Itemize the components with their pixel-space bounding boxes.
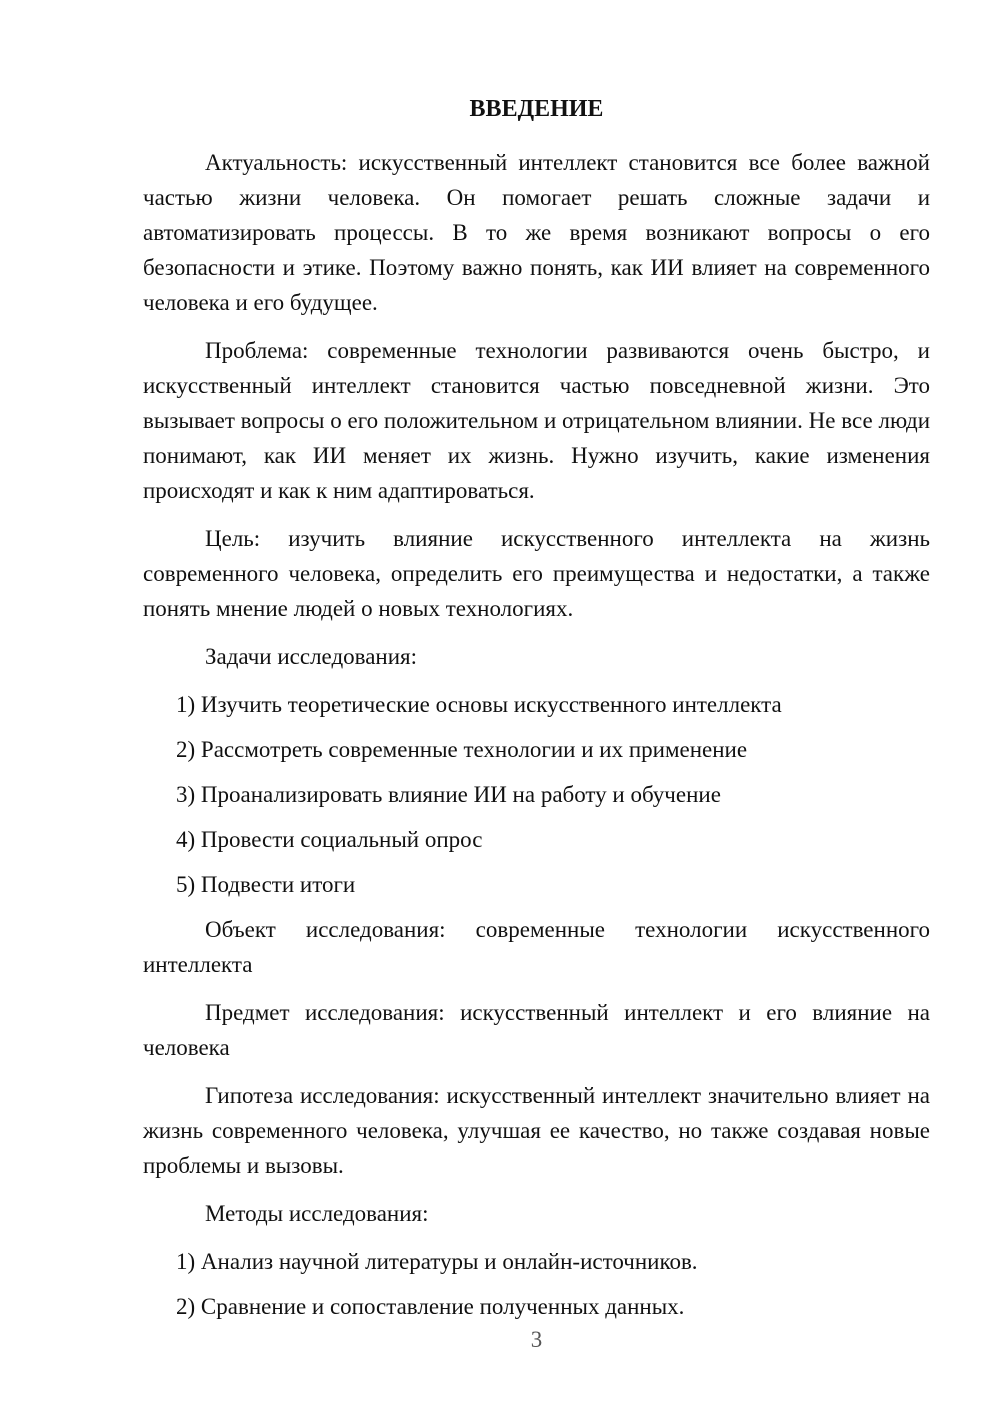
paragraph-object: Объект исследования: современные техноло…	[143, 912, 930, 982]
page-number: 3	[143, 1322, 930, 1357]
paragraph-problem: Проблема: современные технологии развива…	[143, 333, 930, 508]
document-page: ВВЕДЕНИЕ Актуальность: искусственный инт…	[0, 0, 1000, 1414]
page-title: ВВЕДЕНИЕ	[143, 92, 930, 127]
task-item-1: 1) Изучить теоретические основы искусств…	[143, 687, 930, 722]
tasks-heading: Задачи исследования:	[143, 639, 930, 674]
paragraph-goal: Цель: изучить влияние искусственного инт…	[143, 521, 930, 626]
task-item-2: 2) Рассмотреть современные технологии и …	[143, 732, 930, 767]
methods-heading: Методы исследования:	[143, 1196, 930, 1231]
task-item-4: 4) Провести социальный опрос	[143, 822, 930, 857]
paragraph-subject: Предмет исследования: искусственный инте…	[143, 995, 930, 1065]
task-item-3: 3) Проанализировать влияние ИИ на работу…	[143, 777, 930, 812]
paragraph-actuality: Актуальность: искусственный интеллект ст…	[143, 145, 930, 320]
method-item-2: 2) Сравнение и сопоставление полученных …	[143, 1289, 930, 1324]
paragraph-hypothesis: Гипотеза исследования: искусственный инт…	[143, 1078, 930, 1183]
task-item-5: 5) Подвести итоги	[143, 867, 930, 902]
method-item-1: 1) Анализ научной литературы и онлайн-ис…	[143, 1244, 930, 1279]
